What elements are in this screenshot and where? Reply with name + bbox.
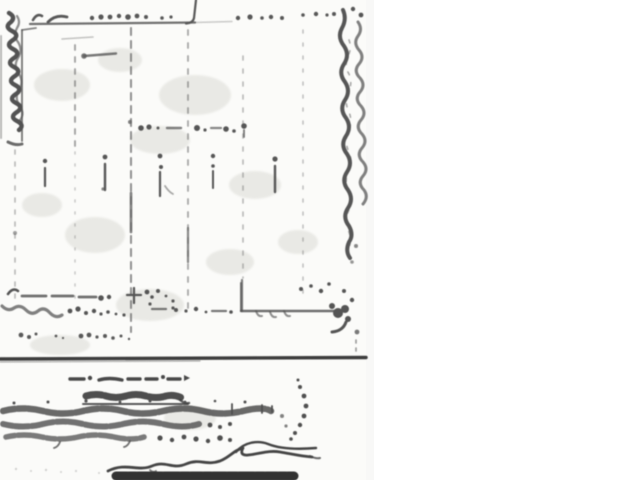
screenshot-canvas: Degraded photocopy scan of a typed repor… bbox=[0, 0, 640, 480]
header-rule bbox=[30, 23, 195, 25]
scanned-document: no legible characters; all text rendered… bbox=[0, 0, 640, 480]
page-edge-shadow bbox=[366, 0, 374, 480]
